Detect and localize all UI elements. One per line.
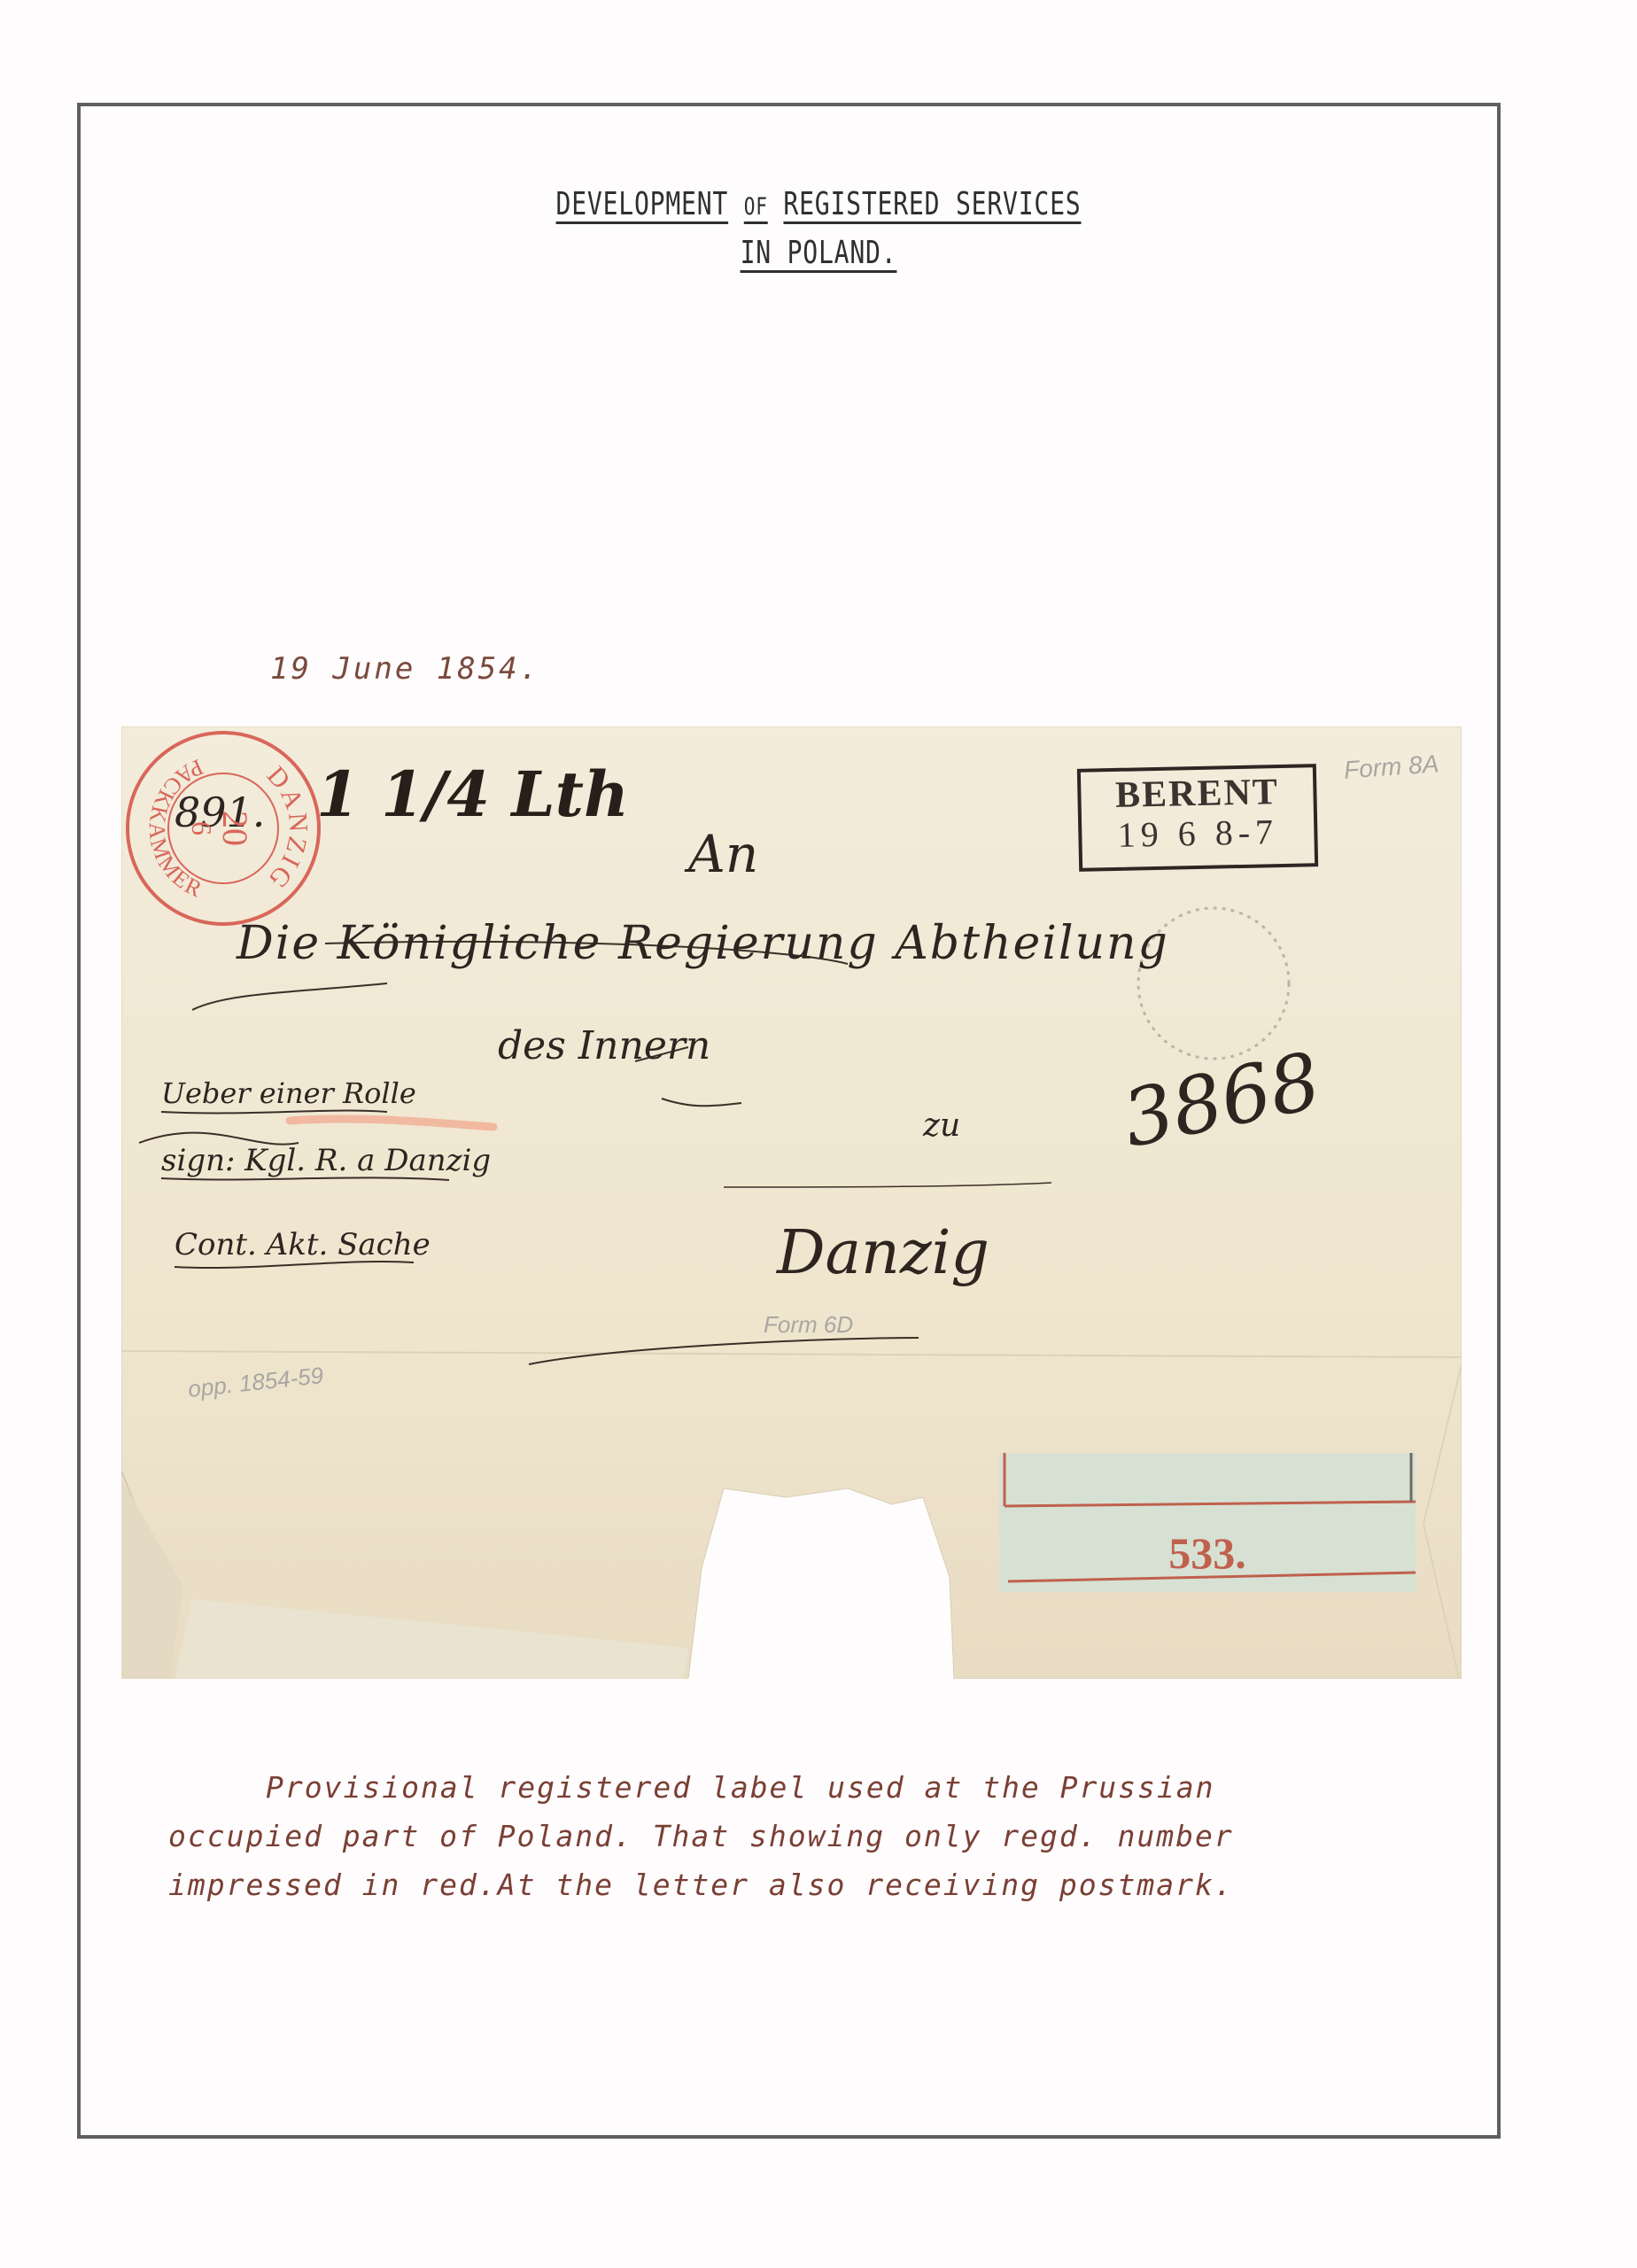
caption-line-1: Provisional registered label used at the…	[168, 1763, 1320, 1812]
caption-line-3: impressed in red.At the letter also rece…	[168, 1860, 1320, 1909]
title-word-registered-services: REGISTERED SERVICES	[783, 186, 1081, 222]
page-title-line-2: IN POLAND.	[180, 235, 1456, 271]
page-title-line-1: DEVELOPMENT OF REGISTERED SERVICES	[180, 186, 1456, 222]
postmark-town: BERENT	[1081, 771, 1314, 816]
address-line-1: Die Königliche Regierung Abtheilung	[237, 917, 1169, 970]
berent-departure-postmark: BERENT 19 6 8-7	[1077, 764, 1318, 872]
postmark-date-time: 19 6 8-7	[1082, 812, 1315, 855]
pencil-note-form-6d: Form 6D	[764, 1311, 853, 1339]
postmark-date: 19 6	[1117, 813, 1201, 855]
address-line-2: des Innern	[498, 1023, 710, 1068]
cover-date: 19 June 1854.	[270, 651, 540, 687]
arrival-postmark-month: 6	[186, 821, 218, 835]
address-city: Danzig	[777, 1218, 989, 1288]
title-in-poland: IN POLAND.	[741, 235, 897, 271]
danzig-arrival-postmark: DANZIG PACKKAMMER 20 6	[121, 726, 325, 930]
postmark-time: 8-7	[1214, 812, 1278, 852]
title-word-of: OF	[744, 193, 768, 221]
cover-envelope: 891. 1 1/4 Lth An Die Königliche Regieru…	[121, 726, 1462, 1679]
sender-note-2: sign: Kgl. R. a Danzig	[161, 1143, 491, 1178]
sender-note-3: Cont. Akt. Sache	[175, 1227, 431, 1262]
address-salutation: An	[688, 824, 758, 884]
arrival-postmark-day: 20	[215, 811, 255, 846]
caption-line-2: occupied part of Poland. That showing on…	[168, 1812, 1320, 1860]
registration-label: 533.	[999, 1453, 1416, 1592]
sender-note-1: Ueber einer Rolle	[161, 1076, 416, 1110]
address-line-3: zu	[923, 1107, 960, 1144]
exhibit-caption: Provisional registered label used at the…	[168, 1763, 1320, 1909]
registration-number: 533.	[999, 1531, 1416, 1575]
weight-note: 1 1/4 Lth	[316, 757, 629, 831]
title-word-development: DEVELOPMENT	[556, 186, 729, 222]
